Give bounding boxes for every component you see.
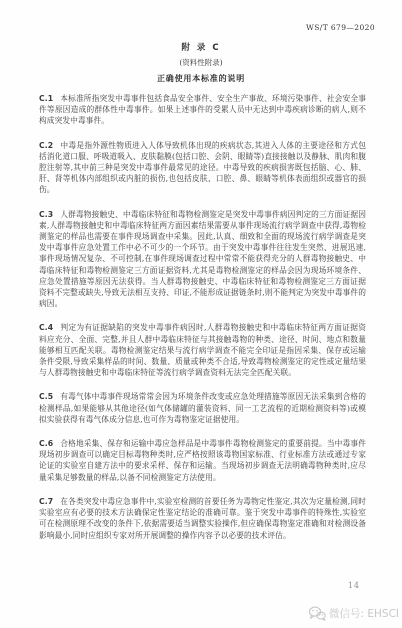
clause-number: C.7 — [39, 497, 53, 506]
clause-paragraph-c4: C.4判定为有证据缺陷的突发中毒事件病因时,人群毒物接触史和中毒临床特征两方面证… — [39, 322, 366, 378]
doc-number: WS/T 679—2020 — [306, 23, 375, 32]
clause-text: 在各类突发中毒应急事件中,实验室检测的首要任务为毒物定性鉴定,其次为定量检测,同… — [39, 497, 366, 540]
clause-text: 有毒气体中毒事件现场常常会因为环境条件改变或应急处理措施等原因无法采集到合格的检… — [39, 392, 366, 423]
wechat-icon — [308, 606, 326, 621]
document-page: WS/T 679—2020 附 录 C (资料性附录) 正确使用本标准的说明 C… — [0, 0, 402, 628]
clause-number: C.4 — [39, 323, 53, 332]
clause-text: 判定为有证据缺陷的突发中毒事件病因时,人群毒物接触史和中毒临床特征两方面证据资料… — [39, 323, 366, 377]
clause-paragraph-c3: C.3人群毒物接触史、中毒临床特征和毒物检测鉴定是突发中毒事件病因判定的三方面证… — [39, 209, 366, 310]
clause-paragraph-c1: C.1本标准所指突发中毒事件包括食品安全事件、安全生产事故、环境污染事件、社会安… — [39, 93, 366, 127]
appendix-title: 正确使用本标准的说明 — [0, 73, 402, 84]
appendix-label: 附 录 C — [0, 41, 402, 53]
clause-paragraph-c2: C.2中毒是指外源性物质进入人体导致机体出现的疾病状态,其进入人体的主要途径和方… — [39, 140, 366, 196]
clause-number: C.5 — [39, 392, 53, 401]
clause-number: C.1 — [39, 94, 53, 103]
page-number: 14 — [348, 581, 360, 590]
clause-number: C.6 — [39, 439, 53, 448]
watermark-text: 微信号: EHSCI — [329, 606, 399, 621]
clause-text: 中毒是指外源性物质进入人体导致机体出现的疾病状态,其进入人体的主要途径和方式包括… — [39, 141, 366, 195]
clauses-content: C.1本标准所指突发中毒事件包括食品安全事件、安全生产事故、环境污染事件、社会安… — [39, 93, 366, 554]
clause-text: 本标准所指突发中毒事件包括食品安全事件、安全生产事故、环境污染事件、社会安全事件… — [39, 94, 366, 125]
clause-paragraph-c5: C.5有毒气体中毒事件现场常常会因为环境条件改变或应急处理措施等原因无法采集到合… — [39, 391, 366, 425]
clause-number: C.3 — [39, 210, 53, 219]
clause-text: 合格地采集、保存和运输中毒应急样品是中毒事件毒物检测鉴定的重要前提。当中毒事件现… — [39, 439, 366, 482]
clause-paragraph-c7: C.7在各类突发中毒应急事件中,实验室检测的首要任务为毒物定性鉴定,其次为定量检… — [39, 496, 366, 541]
clause-text: 人群毒物接触史、中毒临床特征和毒物检测鉴定是突发中毒事件病因判定的三方面证据因素… — [39, 210, 366, 309]
clause-paragraph-c6: C.6合格地采集、保存和运输中毒应急样品是中毒事件毒物检测鉴定的重要前提。当中毒… — [39, 438, 366, 483]
clause-number: C.2 — [39, 141, 53, 150]
appendix-type-note: (资料性附录) — [0, 57, 402, 68]
appendix-title-block: 附 录 C (资料性附录) 正确使用本标准的说明 — [0, 41, 402, 84]
wechat-watermark: 微信号: EHSCI — [308, 606, 399, 621]
